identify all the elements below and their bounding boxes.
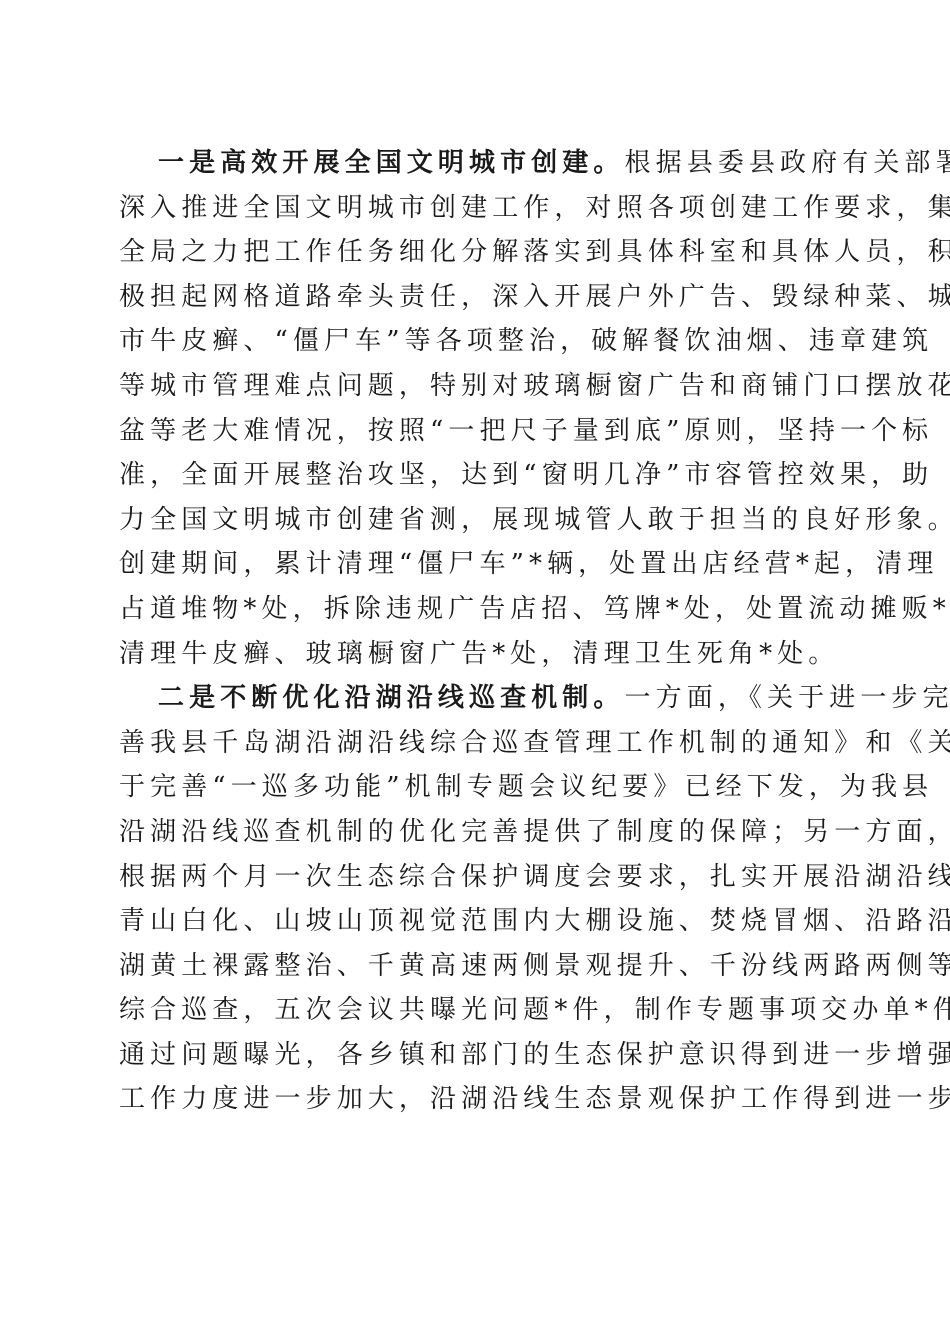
- text-line: 工作力度进一步加大，沿湖沿线生态景观保护工作得到进一步: [119, 1077, 839, 1122]
- text-line: 一是高效开展全国文明城市创建。根据县委县政府有关部署，: [119, 141, 839, 186]
- text-line: 善我县千岛湖沿湖沿线综合巡查管理工作机制的通知》和《关: [119, 721, 839, 766]
- paragraph-civilized-city: 一是高效开展全国文明城市创建。根据县委县政府有关部署， 深入推进全国文明城市创建…: [119, 141, 839, 676]
- text-line: 于完善“一巡多功能”机制专题会议纪要》已经下发，为我县: [119, 765, 839, 810]
- text-line: 全局之力把工作任务细化分解落实到具体科室和具体人员，积: [119, 230, 839, 275]
- document-page: 一是高效开展全国文明城市创建。根据县委县政府有关部署， 深入推进全国文明城市创建…: [119, 141, 839, 1122]
- paragraph-text: 一方面，《关于进一步完: [625, 683, 950, 713]
- text-line: 占道堆物*处，拆除违规广告店招、笃牌*处，处置流动摊贩*起，: [119, 587, 839, 632]
- paragraph-text: 根据县委县政府有关部署，: [625, 148, 950, 178]
- text-line: 极担起网格道路牵头责任，深入开展户外广告、毁绿种菜、城: [119, 275, 839, 320]
- text-line: 清理牛皮癣、玻璃橱窗广告*处，清理卫生死角*处。: [119, 632, 839, 677]
- text-line: 沿湖沿线巡查机制的优化完善提供了制度的保障；另一方面，: [119, 810, 839, 855]
- paragraph-lakeside-patrol: 二是不断优化沿湖沿线巡查机制。一方面，《关于进一步完 善我县千岛湖沿湖沿线综合巡…: [119, 676, 839, 1122]
- text-line: 湖黄土裸露整治、千黄高速两侧景观提升、千汾线两路两侧等: [119, 944, 839, 989]
- paragraph-lead-heading: 一是高效开展全国文明城市创建。: [158, 148, 625, 178]
- text-line: 准，全面开展整治攻坚，达到“窗明几净”市容管控效果，助: [119, 453, 839, 498]
- text-line: 综合巡查，五次会议共曝光问题*件，制作专题事项交办单*件，: [119, 988, 839, 1033]
- text-line: 通过问题曝光，各乡镇和部门的生态保护意识得到进一步增强，: [119, 1033, 839, 1078]
- text-line: 二是不断优化沿湖沿线巡查机制。一方面，《关于进一步完: [119, 676, 839, 721]
- text-line: 等城市管理难点问题，特别对玻璃橱窗广告和商铺门口摆放花: [119, 364, 839, 409]
- text-line: 青山白化、山坡山顶视觉范围内大棚设施、焚烧冒烟、沿路沿: [119, 899, 839, 944]
- text-line: 创建期间，累计清理“僵尸车”*辆，处置出店经营*起，清理: [119, 542, 839, 587]
- paragraph-lead-heading: 二是不断优化沿湖沿线巡查机制。: [158, 683, 625, 713]
- text-line: 深入推进全国文明城市创建工作，对照各项创建工作要求，集: [119, 186, 839, 231]
- text-line: 力全国文明城市创建省测，展现城管人敢于担当的良好形象。: [119, 498, 839, 543]
- text-line: 根据两个月一次生态综合保护调度会要求，扎实开展沿湖沿线: [119, 855, 839, 900]
- text-line: 市牛皮癣、“僵尸车”等各项整治，破解餐饮油烟、违章建筑: [119, 319, 839, 364]
- text-line: 盆等老大难情况，按照“一把尺子量到底”原则，坚持一个标: [119, 409, 839, 454]
